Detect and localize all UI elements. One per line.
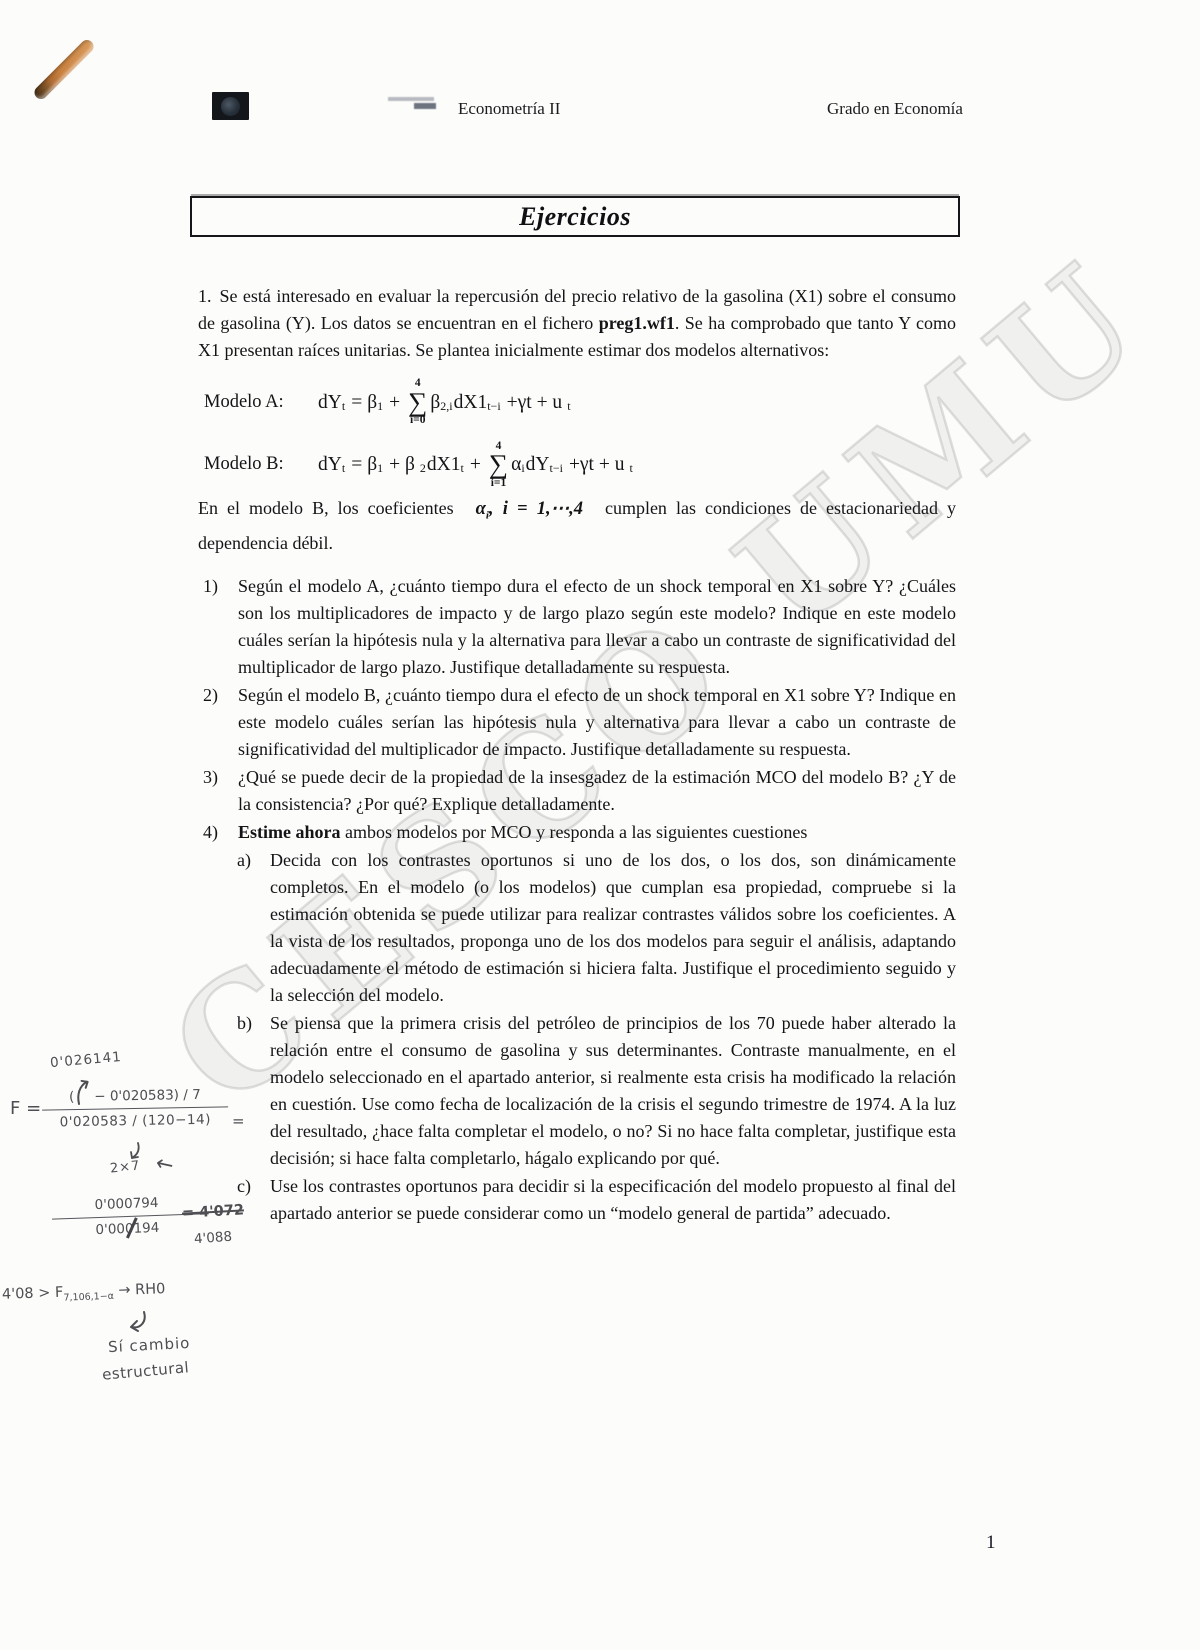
eq-token: β — [367, 389, 377, 416]
pencil-photo — [32, 37, 96, 101]
curved-loop-arrow-icon — [128, 1310, 148, 1338]
question-item-1: 1) Según el modelo A, ¿cuánto tiempo dur… — [198, 573, 956, 681]
question-list: 1) Según el modelo A, ¿cuánto tiempo dur… — [198, 573, 956, 1227]
hw-token: ( — [69, 1089, 75, 1105]
title-box: Ejercicios — [190, 196, 960, 237]
eq-token: β — [367, 451, 377, 478]
item-text: Use los contrastes oportunos para decidi… — [270, 1176, 956, 1223]
faculty-logo — [388, 97, 436, 109]
fraction2-denominator: 0'000194 — [95, 1216, 160, 1238]
item-text: ¿Qué se puede decir de la propiedad de l… — [238, 767, 956, 814]
item-text: Decida con los contrastes oportunos si u… — [270, 850, 956, 1005]
eq-token: + — [389, 389, 400, 416]
model-a-formula: dYt = β1 + 4∑i=0 β2,i dX1t−i +γt + ut — [318, 378, 572, 427]
summation-symbol: 4∑i=0 — [408, 378, 427, 427]
eq-token: ∑ — [489, 452, 508, 478]
item-text: ambos modelos por MCO y responda a las s… — [341, 822, 808, 842]
handwritten-value-top: 0'026141 — [49, 1049, 122, 1071]
coefficient-condition-paragraph: En el modelo B, los coeficientesαi, i = … — [198, 495, 956, 557]
model-b-row: Modelo B: dYt = β1 + β2 dX1t + 4∑i=1 αi … — [204, 441, 956, 490]
question-item-4a: a) Decida con los contrastes oportunos s… — [198, 847, 956, 1009]
condition-text-before: En el modelo B, los coeficientes — [198, 498, 454, 518]
eq-token: t — [342, 455, 345, 482]
eq-token: 1 — [377, 393, 383, 420]
scanned-exercise-page: Econometría II Grado en Economía CESCO U… — [0, 0, 1200, 1650]
eq-token: t — [629, 455, 632, 482]
header-course-title: Econometría II — [458, 99, 560, 119]
problem-number: 1. — [198, 286, 220, 306]
handwritten-f-test-conclusion: 4'08 > F7,106,1−α → RH0 — [2, 1281, 166, 1306]
handwritten-result-corrected: 4'088 — [193, 1229, 232, 1248]
curved-up-arrow-icon — [76, 1079, 92, 1105]
fraction2-numerator: 0'000794 — [51, 1193, 202, 1219]
eq-token: i=0 — [410, 415, 426, 427]
eq-token: i=1 — [491, 478, 507, 490]
item-marker: b) — [237, 1010, 252, 1037]
data-file-name: preg1.wf1 — [599, 313, 675, 333]
eq-token: = — [351, 389, 362, 416]
eq-token: ∑ — [408, 390, 427, 416]
handwritten-conclusion-line2: estructural — [101, 1358, 190, 1384]
question-item-2: 2) Según el modelo B, ¿cuánto tiempo dur… — [198, 682, 956, 763]
faculty-logo-text-blur — [388, 97, 434, 101]
eq-token: t — [461, 455, 464, 482]
page-title: Ejercicios — [519, 202, 631, 232]
f-fraction-numerator: ( − 0'020583) / 7 — [42, 1076, 229, 1110]
document-body: 1.Se está interesado en evaluar la reper… — [198, 283, 956, 1227]
eq-token: , i = 1,⋯,4 — [489, 499, 583, 519]
eq-token: dY — [318, 389, 342, 416]
eq-token: t — [567, 393, 570, 420]
f-fraction-denominator: 0'020583 / (120−14) — [42, 1107, 228, 1130]
eq-token: dY — [318, 451, 342, 478]
eq-token: i — [521, 455, 524, 482]
page-number: 1 — [986, 1532, 996, 1554]
item-marker: 3) — [203, 764, 218, 791]
handwritten-f-label: F = — [10, 1098, 41, 1119]
intro-paragraph: 1.Se está interesado en evaluar la reper… — [198, 283, 956, 364]
eq-token: t−i — [550, 455, 563, 482]
condition-math: αi, i = 1,⋯,4 — [476, 499, 583, 519]
eq-token: 1 — [377, 455, 383, 482]
eq-token: dX1 — [454, 389, 488, 416]
handwritten-left-arrow: ← — [154, 1150, 176, 1177]
model-a-row: Modelo A: dYt = β1 + 4∑i=0 β2,i dX1t−i +… — [204, 378, 956, 427]
university-logo — [212, 92, 249, 120]
item-marker: 1) — [203, 573, 218, 600]
hw-token: → RH0 — [114, 1281, 166, 1299]
eq-token: = — [351, 451, 362, 478]
faculty-logo-mark-blur — [414, 103, 436, 109]
eq-token: +γt + u — [569, 451, 625, 478]
item-text: Según el modelo B, ¿cuánto tiempo dura e… — [238, 685, 956, 759]
question-item-4: 4) Estime ahora ambos modelos por MCO y … — [198, 819, 956, 846]
eq-token: 2,i — [440, 393, 452, 420]
item-text: Se piensa que la primera crisis del petr… — [270, 1013, 956, 1168]
hw-token: 4'08 > F — [2, 1285, 64, 1303]
handwritten-result-crossed: = 4'072 — [182, 1202, 245, 1221]
eq-token: t — [342, 393, 345, 420]
handwritten-second-fraction: 0'000794 0'000194 — [51, 1193, 202, 1239]
hw-token: 7,106,1−α — [63, 1291, 114, 1304]
university-seal-icon — [221, 97, 240, 116]
eq-token: +γt + u — [507, 389, 563, 416]
handwritten-dimension-note: 2×7 — [109, 1158, 141, 1176]
item-marker: a) — [237, 847, 251, 874]
eq-token: + β — [389, 451, 415, 478]
eq-token: α — [476, 499, 486, 519]
item-text-bold: Estime ahora — [238, 822, 341, 842]
eq-token: dX1 — [427, 451, 461, 478]
eq-token: 2 — [420, 455, 426, 482]
handwritten-conclusion-line1: Sí cambio — [108, 1334, 191, 1356]
eq-token: t−i — [487, 393, 500, 420]
item-marker: 2) — [203, 682, 218, 709]
model-a-label: Modelo A: — [204, 389, 318, 416]
model-b-label: Modelo B: — [204, 451, 318, 478]
eq-token: dY — [526, 451, 550, 478]
eq-token: α — [511, 451, 521, 478]
eq-token: β — [430, 389, 440, 416]
eq-token: + — [470, 451, 481, 478]
item-marker: 4) — [203, 819, 218, 846]
handwritten-f-fraction: ( − 0'020583) / 7 0'020583 / (120−14) — [42, 1076, 229, 1130]
question-item-4b: b) Se piensa que la primera crisis del p… — [198, 1010, 956, 1172]
handwritten-equals: = — [232, 1112, 245, 1130]
question-item-4c: c) Use los contrastes oportunos para dec… — [198, 1173, 956, 1227]
item-text: Según el modelo A, ¿cuánto tiempo dura e… — [238, 576, 956, 677]
summation-symbol: 4∑i=1 — [489, 441, 508, 490]
question-item-3: 3) ¿Qué se puede decir de la propiedad d… — [198, 764, 956, 818]
item-marker: c) — [237, 1173, 251, 1200]
hw-token: − 0'020583) / 7 — [94, 1087, 201, 1105]
model-b-formula: dYt = β1 + β2 dX1t + 4∑i=1 αi dYt−i +γt … — [318, 441, 634, 490]
header-degree: Grado en Economía — [827, 99, 963, 119]
